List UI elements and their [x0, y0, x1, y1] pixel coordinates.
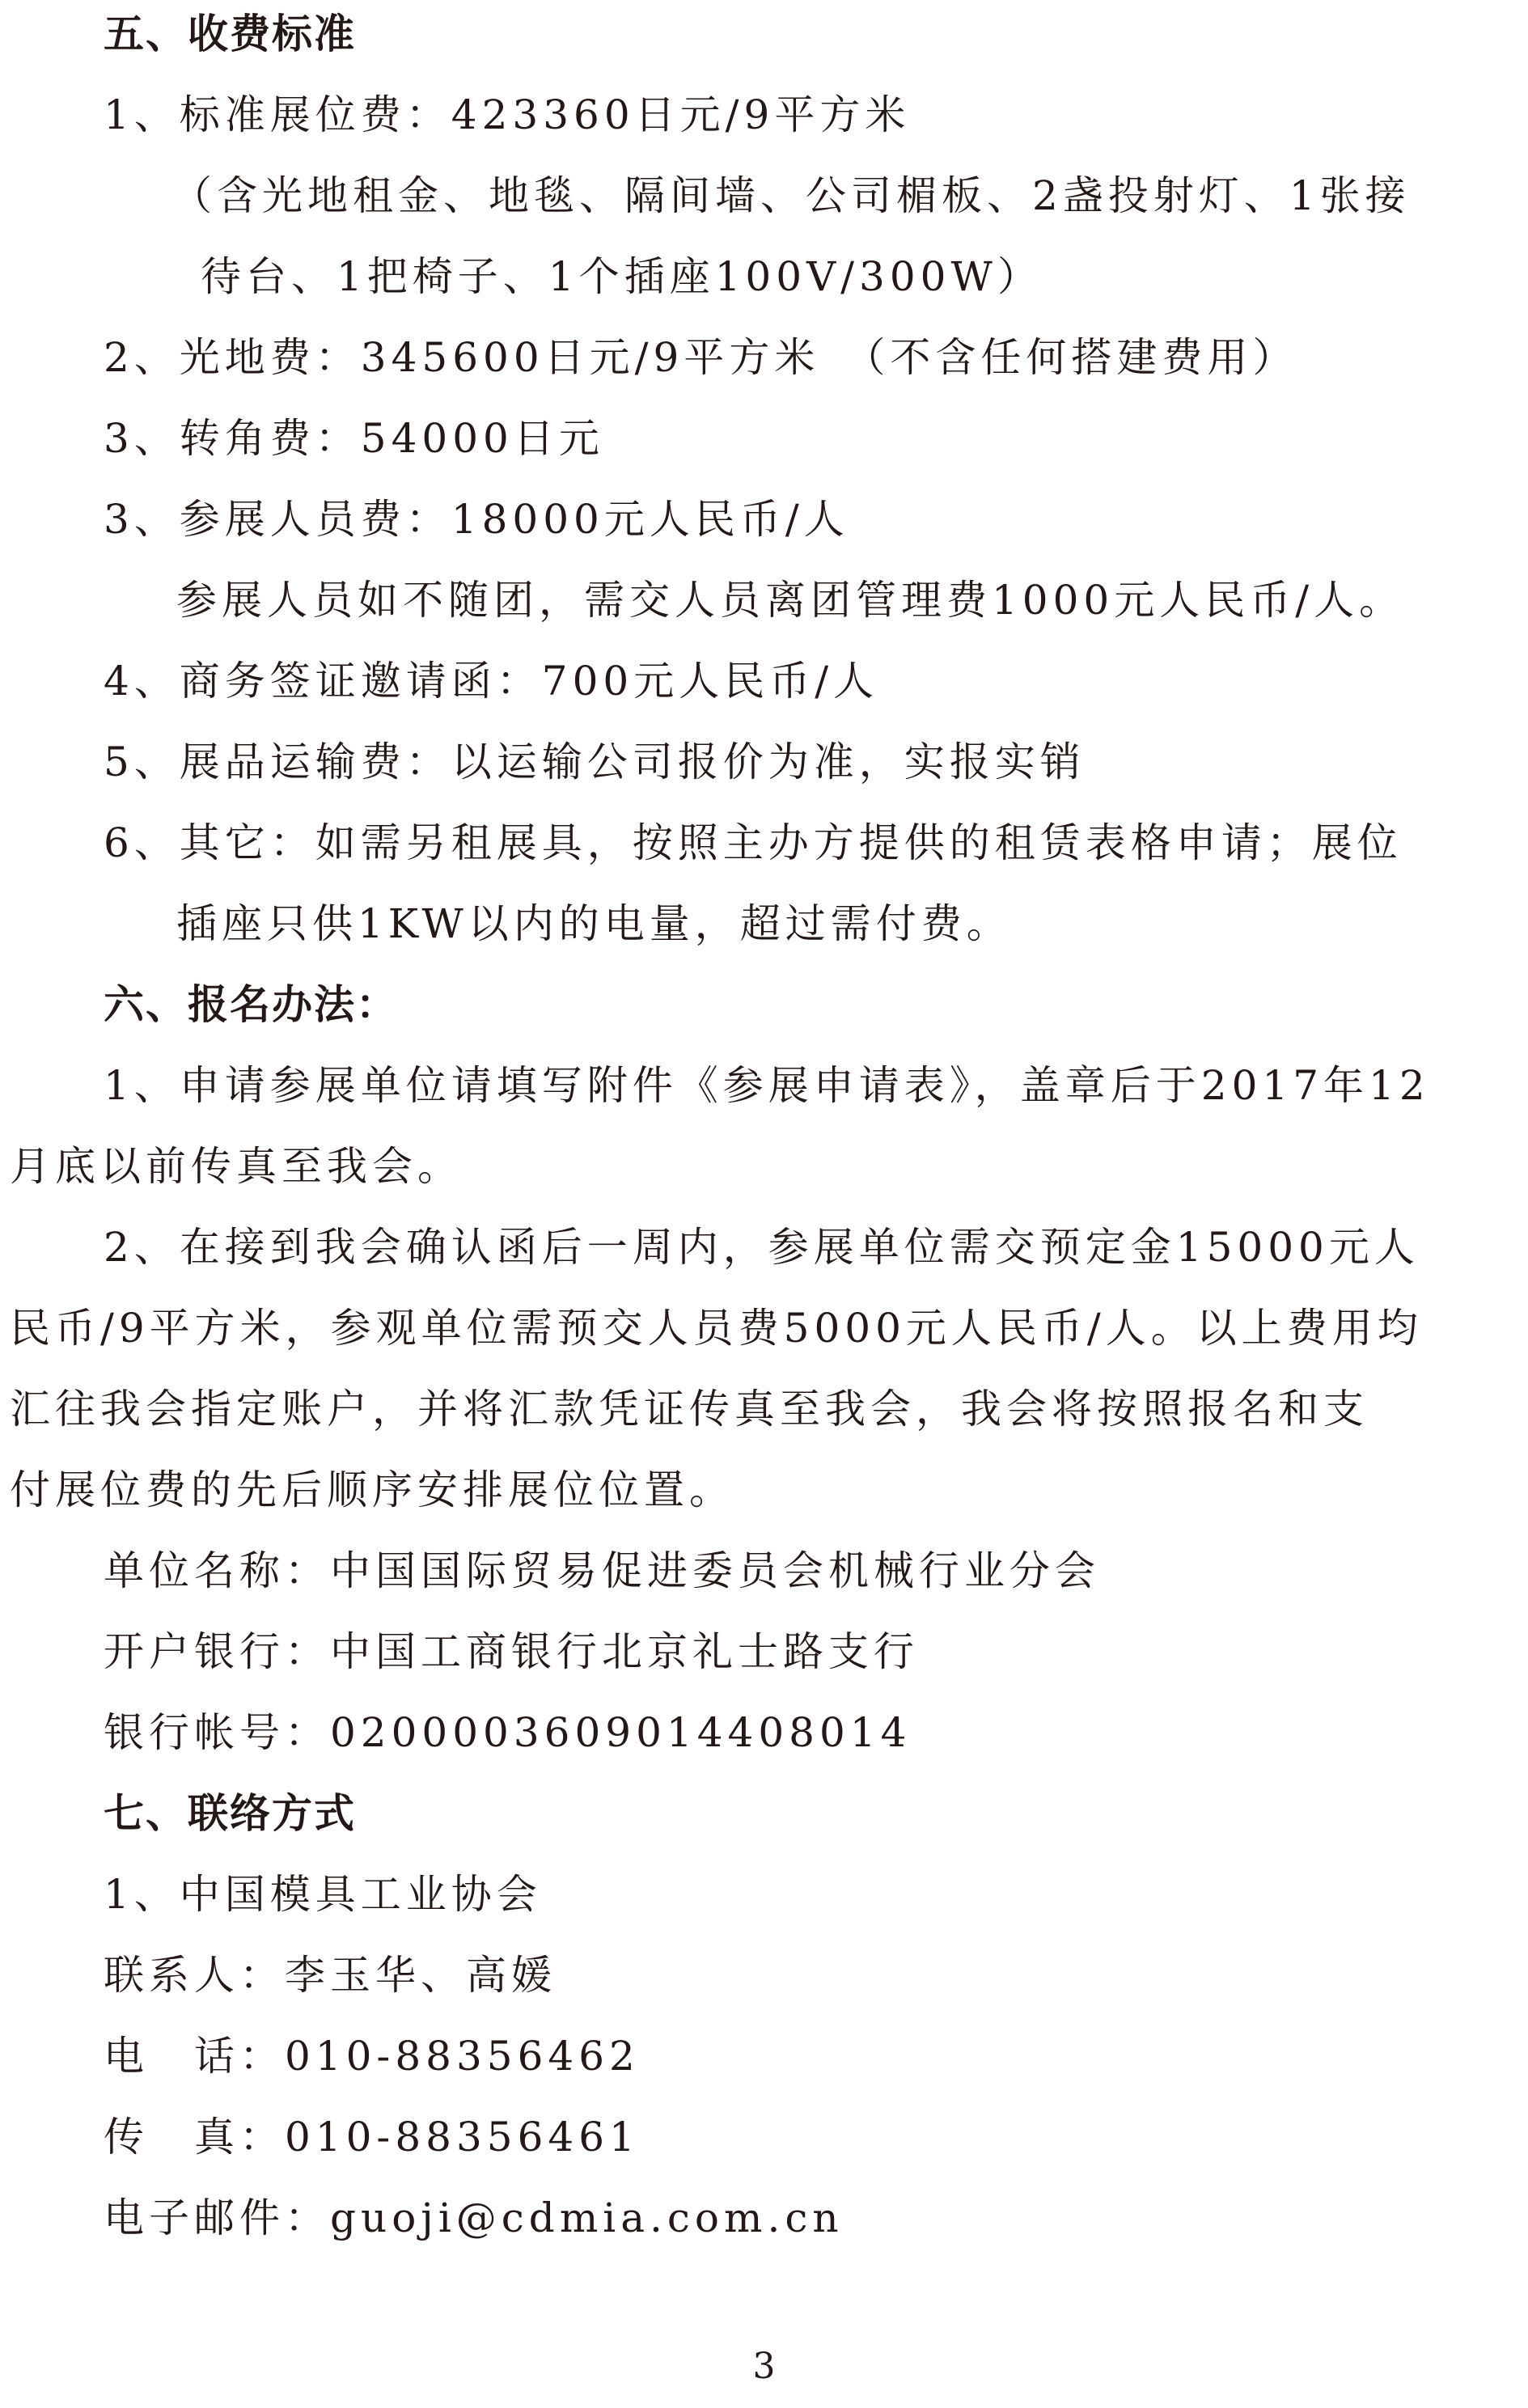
contact-persons: 联系人：李玉华、高媛 [104, 1951, 557, 2000]
heading-fees: 五、收费标准 [104, 10, 356, 58]
fee-line: 6、其它：如需另租展具，按照主办方提供的租赁表格申请；展位 [104, 819, 1403, 867]
heading-contact: 七、联络方式 [104, 1789, 356, 1838]
fee-line: 1、标准展位费：423360日元/9平方米 [104, 91, 910, 139]
contact-org: 1、中国模具工业协会 [104, 1870, 542, 1919]
contact-email: 电子邮件：guoji@cdmia.com.cn [104, 2194, 844, 2242]
contact-fax: 传 真：010-88356461 [104, 2113, 640, 2161]
fee-line: 4、商务签证邀请函：700元人民币/人 [104, 657, 878, 705]
fee-line: 3、参展人员费：18000元人民币/人 [104, 495, 849, 544]
fee-line: 5、展品运输费：以运输公司报价为准，实报实销 [104, 738, 1086, 786]
registration-line: 汇往我会指定账户，并将汇款凭证传真至我会，我会将按照报名和支 [10, 1385, 1369, 1433]
registration-line: 民币/9平方米，参观单位需预交人员费5000元人民币/人。以上费用均 [10, 1304, 1423, 1352]
page-number: 3 [0, 2346, 1528, 2387]
bank-name: 开户银行：中国工商银行北京礼士路支行 [104, 1627, 919, 1676]
registration-line: 付展位费的先后顺序安排展位位置。 [10, 1466, 734, 1514]
account-name: 单位名称：中国国际贸易促进委员会机械行业分会 [104, 1547, 1100, 1595]
fee-line: 2、光地费：345600日元/9平方米 （不含任何搭建费用） [104, 333, 1297, 382]
fee-line: （含光地租金、地毯、隔间墙、公司楣板、2盏投射灯、1张接 [171, 171, 1411, 220]
fee-line: 插座只供1KW以内的电量，超过需付费。 [176, 899, 1012, 948]
registration-line: 月底以前传真至我会。 [10, 1142, 463, 1191]
fee-line: 3、转角费：54000日元 [104, 414, 604, 463]
account-number: 银行帐号：0200003609014408014 [104, 1708, 911, 1757]
registration-line: 2、在接到我会确认函后一周内，参展单位需交预定金15000元人 [104, 1223, 1420, 1272]
heading-registration: 六、报名办法： [104, 980, 398, 1029]
fee-line: 参展人员如不随团，需交人员离团管理费1000元人民币/人。 [176, 576, 1404, 624]
contact-phone: 电 话：010-88356462 [104, 2032, 640, 2080]
fee-line: 待台、1把椅子、1个插座100V/300W） [201, 252, 1043, 301]
registration-line: 1、申请参展单位请填写附件《参展申请表》，盖章后于2017年12 [104, 1061, 1430, 1110]
